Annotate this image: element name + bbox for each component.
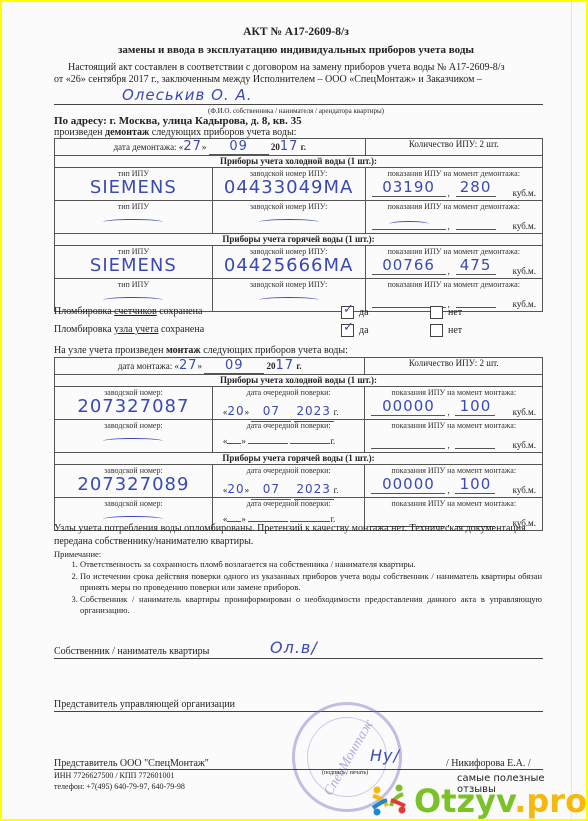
contractor-signature-line: [54, 769, 543, 770]
note-item: Собственник / наниматель квартиры проинф…: [80, 594, 542, 617]
yes-label: да: [359, 307, 369, 318]
owner-signature-line: [54, 658, 543, 659]
no-label: нет: [448, 325, 462, 336]
strike-mark: [103, 438, 163, 444]
inn: ИНН 7726627500 / КПП 772601001: [54, 771, 174, 780]
reading-fraction: 100: [455, 475, 495, 494]
contractor-name: / Никифорова Е.А. /: [446, 758, 531, 769]
meter-type: SIEMENS: [90, 177, 177, 198]
intro-line-2: от «26» сентября 2017 г., заключенным ме…: [54, 74, 482, 85]
install-cold-header: Приборы учета холодной воды (1 шт.):: [55, 375, 543, 387]
dismantle-hot-header: Приборы учета горячей воды (1 шт.):: [55, 234, 543, 246]
address: По адресу: г. Москва, улица Кадырова, д.…: [54, 115, 302, 127]
reading-integer: 00766: [372, 256, 446, 275]
install-intro: На узле учета произведен монтаж следующи…: [54, 345, 348, 356]
strike-mark: [103, 516, 163, 522]
contractor-signature-label: Представитель ООО "СпецМонтаж": [54, 758, 209, 769]
conclusion-line-2: передана собственнику/нанимателю квартир…: [54, 536, 253, 547]
management-signature-line: [54, 711, 543, 712]
install-count: Количество ИПУ: 2 шт.: [365, 358, 543, 375]
install-hot-header: Приборы учета горячей воды (1 шт.):: [55, 453, 543, 465]
dismantle-date-row: дата демонтажа: «27» 09 2017 г. Количест…: [55, 139, 543, 156]
otzyv-logo-icon: [369, 780, 409, 820]
customer-name-line: [54, 104, 543, 105]
install-cold-row-1: заводской номер:207327087 дата очередной…: [55, 387, 543, 420]
meter-type: SIEMENS: [90, 255, 177, 276]
note-item: По истечении срока действия поверки одно…: [80, 571, 542, 594]
reading-integer: 03190: [372, 178, 446, 197]
page-edge: [571, 2, 572, 819]
act-title: АКТ № А17-2609-8/з: [2, 26, 588, 38]
sign-caption: (подпись / печать): [322, 770, 368, 776]
install-date-row: дата монтажа: «27» 09 2017 г. Количество…: [55, 358, 543, 375]
seal-node-no-checkbox[interactable]: [430, 324, 443, 337]
seal-meters-no-checkbox[interactable]: [430, 306, 443, 319]
customer-caption: (Ф.И.О. собственника / нанимателя / арен…: [2, 107, 588, 115]
dismantle-table: дата демонтажа: «27» 09 2017 г. Количест…: [54, 138, 543, 312]
install-hot-row-1: заводской номер:207327089 дата очередной…: [55, 465, 543, 498]
note-item: Ответственность за сохранность пломб воз…: [80, 559, 542, 571]
meter-serial: 04425666МА: [224, 255, 353, 276]
yes-label: да: [359, 325, 369, 336]
reading-integer: 00000: [371, 475, 445, 494]
meter-serial: 207327087: [77, 396, 189, 417]
note-title: Примечание:: [54, 549, 101, 559]
dismantle-hot-row-1: тип ИПУSIEMENS заводской номер ИПУ:04425…: [55, 246, 543, 279]
meter-serial: 207327089: [77, 474, 189, 495]
seal-node-yes-checkbox[interactable]: [341, 324, 354, 337]
seal-meters-yes-checkbox[interactable]: [341, 306, 354, 319]
strike-mark: [389, 221, 429, 227]
dismantle-date: дата демонтажа: «27» 09 2017 г.: [55, 139, 366, 156]
dismantle-cold-row-2: тип ИПУ заводской номер ИПУ: показания И…: [55, 201, 543, 234]
owner-signature: Ол.в/: [270, 638, 318, 657]
contractor-signature: Ну/: [370, 746, 400, 765]
management-signature-label: Представитель управляющей организации: [54, 699, 235, 710]
seal-node-label: Пломбировка узла учета сохранена: [54, 324, 204, 335]
reading-fraction: 100: [455, 397, 495, 416]
seal-meters-label: Пломбировка счетчиков сохранена: [54, 306, 202, 317]
install-table: дата монтажа: «27» 09 2017 г. Количество…: [54, 357, 543, 531]
verify-date: «20» 07 2023г.: [213, 475, 365, 497]
dismantle-cold-row-1: тип ИПУSIEMENS заводской номер ИПУ:04433…: [55, 168, 543, 201]
customer-name: Олеськив О. А.: [122, 86, 253, 104]
install-date: дата монтажа: «27» 09 2017 г.: [55, 358, 365, 375]
owner-signature-label: Собственник / наниматель квартиры: [54, 646, 209, 657]
reading-integer: 00000: [371, 397, 445, 416]
strike-mark: [259, 297, 319, 303]
document-page: АКТ № А17-2609-8/з замены и ввода в эксп…: [2, 2, 586, 819]
strike-mark: [259, 219, 319, 225]
dismantle-cold-header: Приборы учета холодной воды (1 шт.):: [55, 156, 543, 168]
no-label: нет: [448, 307, 462, 318]
notes-list: Ответственность за сохранность пломб воз…: [80, 559, 542, 617]
verify-date: «20» 07 2023г.: [213, 397, 365, 419]
act-subtitle: замены и ввода в эксплуатацию индивидуал…: [2, 44, 588, 56]
install-cold-row-2: заводской номер: дата очередной поверки:…: [55, 420, 543, 453]
phone: телефон: +7(495) 640-79-97, 640-79-98: [54, 782, 185, 791]
dismantle-count: Количество ИПУ: 2 шт.: [365, 139, 542, 156]
strike-mark: [103, 297, 163, 303]
dismantle-intro: произведен демонтаж следующих приборов у…: [54, 127, 296, 138]
conclusion-line-1: Узлы учета потребления воды опломбирован…: [54, 523, 526, 534]
reading-fraction: 475: [456, 256, 496, 275]
strike-mark: [103, 219, 163, 225]
intro-line-1: Настоящий акт составлен в соответствии с…: [68, 62, 505, 73]
watermark-brand: Otzyv.pro: [414, 784, 587, 818]
reading-fraction: 280: [456, 178, 496, 197]
meter-serial: 04433049МА: [224, 177, 353, 198]
